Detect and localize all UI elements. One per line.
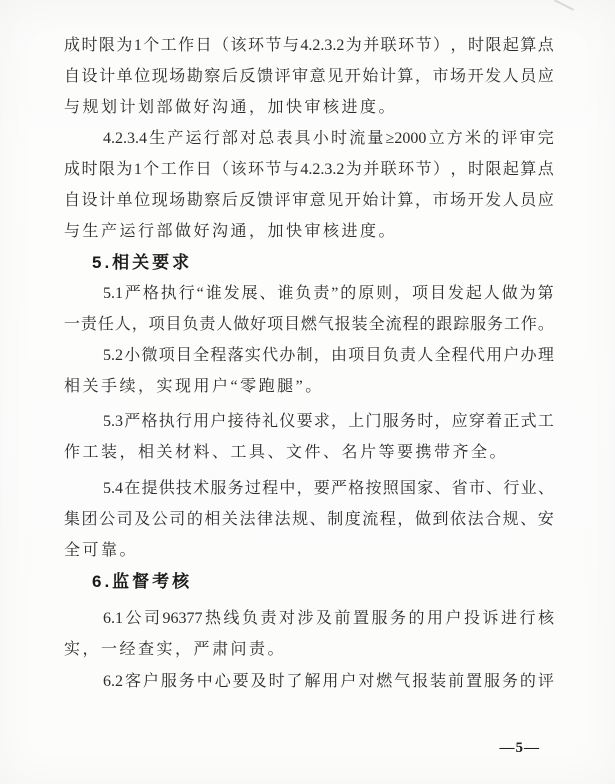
paragraph: 6.2客户服务中心要及时了解用户对燃气报装前置服务的评 (64, 666, 554, 697)
doc-line: 6.1公司96377热线负责对涉及前置服务的用户投诉进行核 (64, 603, 554, 634)
document-body: 成时限为1个工作日（该环节与4.2.3.2为并联环节），时限起算点 自设计单位现… (0, 0, 615, 697)
doc-line: 5.4在提供技术服务过程中，要严格按照国家、省市、行业、 (64, 473, 554, 504)
doc-line: 5.2小微项目全程落实代办制，由项目负责人全程代用户办理 (64, 340, 554, 371)
doc-line: 5.3严格执行用户接待礼仪要求，上门服务时，应穿着正式工 (64, 406, 554, 437)
paragraph: 4.2.3.4生产运行部对总表具小时流量≥2000立方米的评审完 成时限为1个工… (64, 123, 554, 247)
doc-line: 相关手续，实现用户“零跑腿”。 (64, 371, 554, 402)
paragraph: 5.4在提供技术服务过程中，要严格按照国家、省市、行业、 集团公司及公司的相关法… (64, 473, 554, 566)
paragraph: 5.1严格执行“谁发展、谁负责”的原则，项目发起人做为第 一责任人，项目负责人做… (64, 278, 554, 340)
section-heading-6: 6.监督考核 (92, 566, 554, 597)
doc-line: 6.2客户服务中心要及时了解用户对燃气报装前置服务的评 (64, 666, 554, 697)
doc-line: 与生产运行部做好沟通，加快审核进度。 (64, 216, 554, 247)
paragraph: 5.3严格执行用户接待礼仪要求，上门服务时，应穿着正式工 作工装，相关材料、工具… (64, 406, 554, 468)
doc-line: 实，一经查实，严肃问责。 (64, 634, 554, 665)
doc-line: 全可靠。 (64, 535, 554, 566)
doc-line: 作工装，相关材料、工具、文件、名片等要携带齐全。 (64, 437, 554, 468)
doc-line: 5.1严格执行“谁发展、谁负责”的原则，项目发起人做为第 (64, 278, 554, 309)
doc-line: 自设计单位现场勘察后反馈评审意见开始计算，市场开发人员应 (64, 185, 554, 216)
document-page: 成时限为1个工作日（该环节与4.2.3.2为并联环节），时限起算点 自设计单位现… (0, 0, 615, 784)
doc-line: 成时限为1个工作日（该环节与4.2.3.2为并联环节），时限起算点 (64, 154, 554, 185)
paragraph: 6.1公司96377热线负责对涉及前置服务的用户投诉进行核 实，一经查实，严肃问… (64, 603, 554, 665)
doc-line: 集团公司及公司的相关法律法规、制度流程，做到依法合规、安 (64, 504, 554, 535)
doc-line: 自设计单位现场勘察后反馈评审意见开始计算，市场开发人员应 (64, 61, 554, 92)
doc-line: 一责任人，项目负责人做好项目燃气报装全流程的跟踪服务工作。 (64, 309, 554, 340)
doc-line: 成时限为1个工作日（该环节与4.2.3.2为并联环节），时限起算点 (64, 30, 554, 61)
section-heading-5: 5.相关要求 (92, 247, 554, 278)
paragraph: 成时限为1个工作日（该环节与4.2.3.2为并联环节），时限起算点 自设计单位现… (64, 30, 554, 123)
page-number: —5— (500, 740, 541, 757)
doc-line: 与规划计划部做好沟通，加快审核进度。 (64, 92, 554, 123)
doc-line: 4.2.3.4生产运行部对总表具小时流量≥2000立方米的评审完 (64, 123, 554, 154)
paragraph: 5.2小微项目全程落实代办制，由项目负责人全程代用户办理 相关手续，实现用户“零… (64, 340, 554, 402)
